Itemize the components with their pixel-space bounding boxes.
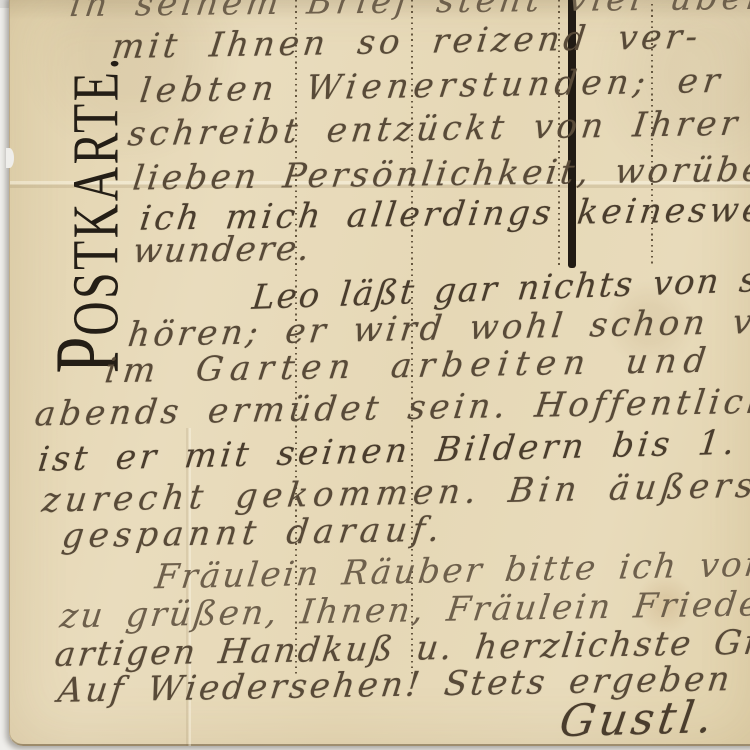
postkarte-printed-label: POSTKARTE.	[40, 16, 134, 373]
handwritten-line: wundere.	[131, 232, 313, 270]
postkarte-label-rest: OSTKARTE.	[60, 55, 133, 336]
scanned-postcard-page: POSTKARTE. in seinem Brief steht viel üb…	[0, 0, 750, 750]
handwritten-signature: Gustl.	[557, 695, 720, 745]
handwritten-line: gespannt darauf.	[60, 513, 447, 555]
